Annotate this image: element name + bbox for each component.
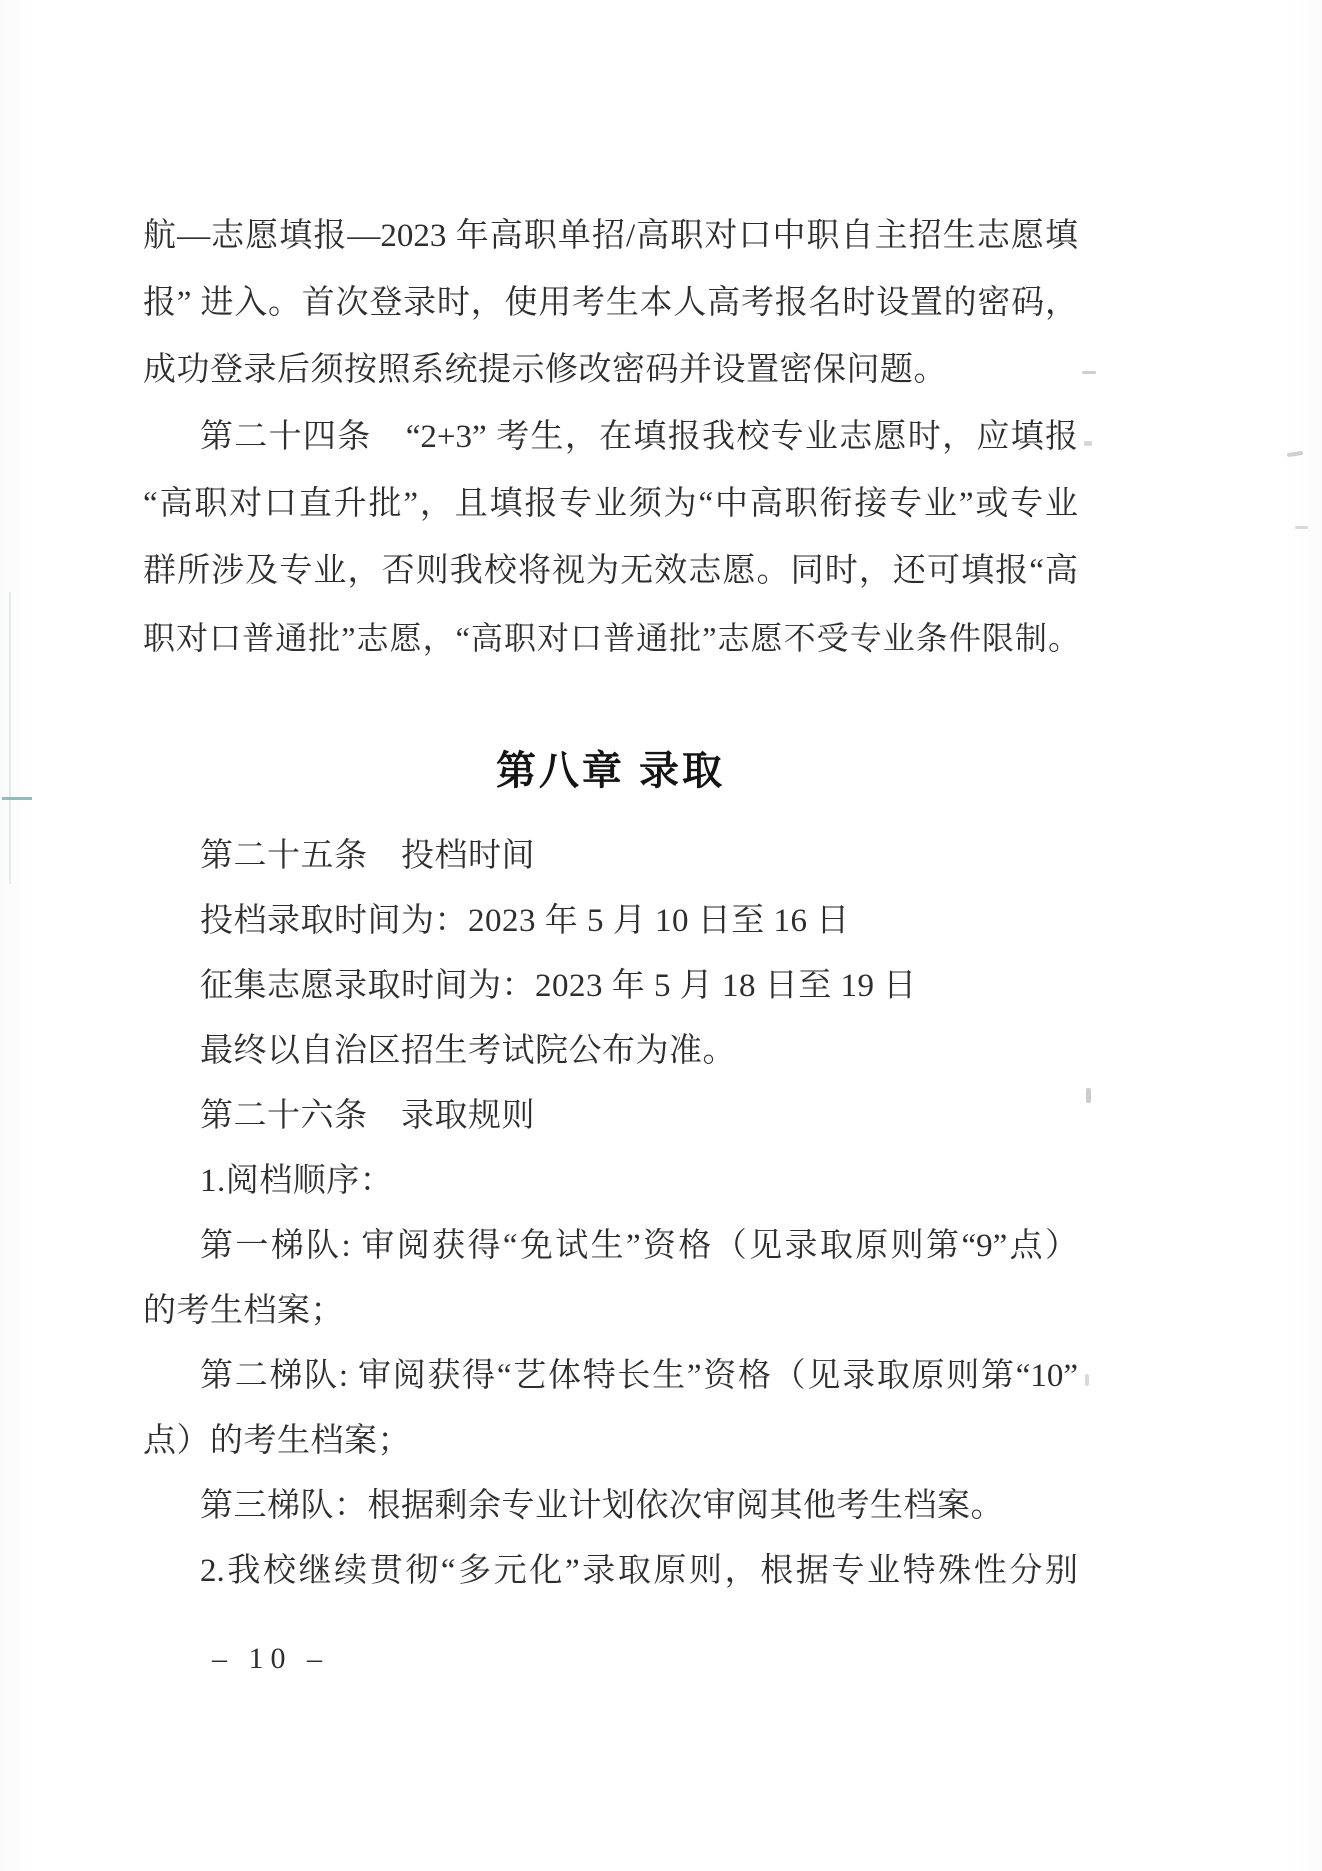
body-line: 第一梯队: 审阅获得“免试生”资格（见录取原则第“9”点） bbox=[143, 1220, 1078, 1272]
chapter-heading: 第八章 录取 bbox=[143, 746, 1078, 796]
body-line: 职对口普通批”志愿，“高职对口普通批”志愿不受专业条件限制。 bbox=[143, 612, 1078, 664]
body-line: 的考生档案； bbox=[143, 1285, 1078, 1337]
body-line: 群所涉及专业，否则我校将视为无效志愿。同时，还可填报“高 bbox=[143, 545, 1078, 597]
scan-edge-line bbox=[9, 592, 11, 884]
body-line: 最终以自治区招生考试院公布为准。 bbox=[143, 1025, 1078, 1077]
body-line: 成功登录后须按照系统提示修改密码并设置密保问题。 bbox=[143, 344, 1078, 396]
scan-artifact bbox=[1086, 1088, 1091, 1103]
body-line: 征集志愿录取时间为：2023 年 5 月 18 日至 19 日 bbox=[143, 960, 1078, 1012]
body-line: 1.阅档顺序： bbox=[143, 1155, 1078, 1207]
body-line: 第二十六条 录取规则 bbox=[143, 1090, 1078, 1142]
scan-artifact bbox=[1295, 526, 1308, 529]
body-line: 投档录取时间为：2023 年 5 月 10 日至 16 日 bbox=[143, 895, 1078, 947]
page-number: – 10 – bbox=[212, 1642, 329, 1676]
body-line: 第二梯队: 审阅获得“艺体特长生”资格（见录取原则第“10” bbox=[143, 1350, 1078, 1402]
scan-artifact bbox=[1082, 371, 1096, 374]
document-page: 航—志愿填报—2023 年高职单招/高职对口中职自主招生志愿填 报” 进入。首次… bbox=[0, 0, 1322, 1871]
scan-artifact bbox=[1287, 451, 1303, 457]
body-line: 第二十四条 “2+3” 考生，在填报我校专业志愿时，应填报 bbox=[143, 411, 1078, 463]
body-line: 点）的考生档案； bbox=[143, 1415, 1078, 1467]
body-line: 2.我校继续贯彻“多元化”录取原则，根据专业特殊性分别 bbox=[143, 1545, 1078, 1597]
body-line: 第三梯队：根据剩余专业计划依次审阅其他考生档案。 bbox=[143, 1480, 1078, 1532]
body-line: 航—志愿填报—2023 年高职单招/高职对口中职自主招生志愿填 bbox=[143, 210, 1078, 262]
scan-artifact bbox=[1085, 1374, 1089, 1386]
scan-edge-tick bbox=[2, 797, 32, 800]
body-line: 第二十五条 投档时间 bbox=[143, 830, 1078, 882]
body-line: 报” 进入。首次登录时，使用考生本人高考报名时设置的密码， bbox=[143, 277, 1078, 329]
scan-artifact bbox=[1084, 441, 1092, 446]
body-line: “高职对口直升批”，且填报专业须为“中高职衔接专业”或专业 bbox=[143, 478, 1078, 530]
